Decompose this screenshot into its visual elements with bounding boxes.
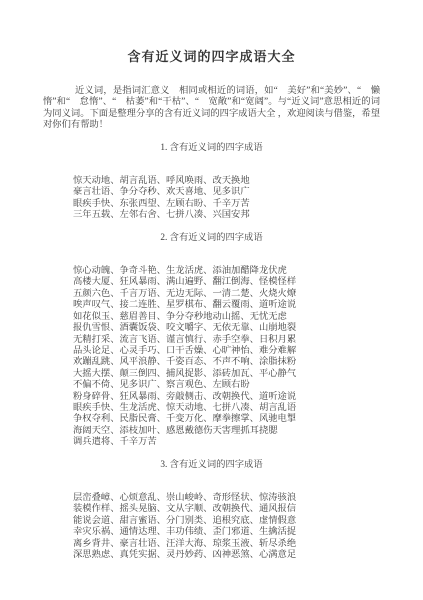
idiom-line: 调兵遣将、千辛万苦 <box>73 437 380 448</box>
document-page: 含有近义词的四字成语大全 近义词，是指词汇意义 相同或相近的词语，如“ 美好”和… <box>0 0 423 600</box>
idiom-line: 高楼大厦、狂风暴雨、满山遍野、翻江倒海、怪模怪样 <box>73 277 380 288</box>
intro-paragraph: 近义词，是指词汇意义 相同或相近的词语，如“ 美好”和“美妙”、“ 懒惰”和“ … <box>43 86 380 132</box>
section-3-idiom-list: 层峦叠嶂、心烦意乱、崇山峻岭、奇形怪状、惊涛骇浪 装模作样、摇头晃脑、文从字顺、… <box>43 493 380 561</box>
idiom-line: 争权夺利、民脂民膏、千变万化、摩拳擦掌、风驰电掣 <box>73 414 380 425</box>
idiom-line: 大摇大摆、颠三倒四、捕风捉影、添砖加瓦、平心静气 <box>73 369 380 380</box>
idiom-line: 品头论足、心灵手巧、口干舌燥、心旷神怡、难分难解 <box>73 346 380 357</box>
idiom-line: 深思熟虑、真凭实据、灵丹妙药、凶神恶煞、心满意足 <box>73 550 380 561</box>
idiom-line: 惊心动魄、争奇斗艳、生龙活虎、添油加醋降龙伏虎 <box>73 266 380 277</box>
idiom-line: 三年五载、左邻右舍、七拼八凑、兴国安邦 <box>73 210 380 221</box>
section-1-heading: 1. 含有近义词的四字成语 <box>43 143 380 154</box>
idiom-line: 豪言壮语、争分夺秒、欢天喜地、见多识广 <box>73 187 380 198</box>
section-2-heading: 2. 含有近义词的四字成语 <box>43 233 380 244</box>
idiom-line: 眼疾手快、东张西望、左顾右盼、千辛万苦 <box>73 199 380 210</box>
section-1-idiom-list: 惊天动地、胡言乱语、呼风唤雨、改天换地 豪言壮语、争分夺秒、欢天喜地、见多识广 … <box>43 176 380 222</box>
idiom-line: 报仇雪恨、酒囊饭袋、咬文嚼字、无依无靠、山崩地裂 <box>73 323 380 334</box>
idiom-line: 惊天动地、胡言乱语、呼风唤雨、改天换地 <box>73 176 380 187</box>
idiom-line: 装模作样、摇头晃脑、文从字顺、改朝换代、通风报信 <box>73 504 380 515</box>
idiom-line: 能说会道、甜言蜜语、分门别类、追根究底、虚情假意 <box>73 516 380 527</box>
idiom-line: 无精打采、流言飞语、谨言慎行、赤手空拳、日积月累 <box>73 335 380 346</box>
idiom-line: 海阔天空、添枝加叶、感恩戴德伤天害理抓耳挠腮 <box>73 426 380 437</box>
idiom-line: 离乡背井、豪言壮语、汪洋大海、琼浆玉液、斩尽杀绝 <box>73 539 380 550</box>
idiom-line: 幸灾乐祸、通情达理、丰功伟绩、歪门邪道、生擒活捉 <box>73 527 380 538</box>
section-2-idiom-list: 惊心动魄、争奇斗艳、生龙活虎、添油加醋降龙伏虎 高楼大厦、狂风暴雨、满山遍野、翻… <box>43 266 380 449</box>
document-title: 含有近义词的四字成语大全 <box>43 46 380 65</box>
idiom-line: 五颜六色、千言万语、无边无际、一清二楚、火烧火燎 <box>73 289 380 300</box>
section-3-heading: 3. 含有近义词的四字成语 <box>43 460 380 471</box>
idiom-line: 唉声叹气、接二连胜、星罗棋布、翻云覆雨、道听途说 <box>73 300 380 311</box>
idiom-line: 如花似玉、慈眉善目、争分夺秒地动山摇、无忧无虑 <box>73 312 380 323</box>
idiom-line: 眼疾手快、生龙活虎、惊天动地、七拼八凑、胡言乱语 <box>73 403 380 414</box>
idiom-line: 粉身碎骨、狂风暴雨、旁敲侧击、改朝换代、道听途说 <box>73 392 380 403</box>
idiom-line: 欢蹦乱跳、风平浪静、千姿百态、不声不响、涂脂抹粉 <box>73 357 380 368</box>
idiom-line: 层峦叠嶂、心烦意乱、崇山峻岭、奇形怪状、惊涛骇浪 <box>73 493 380 504</box>
idiom-line: 不偏不倚、见多识广、察言观色、左顾右盼 <box>73 380 380 391</box>
